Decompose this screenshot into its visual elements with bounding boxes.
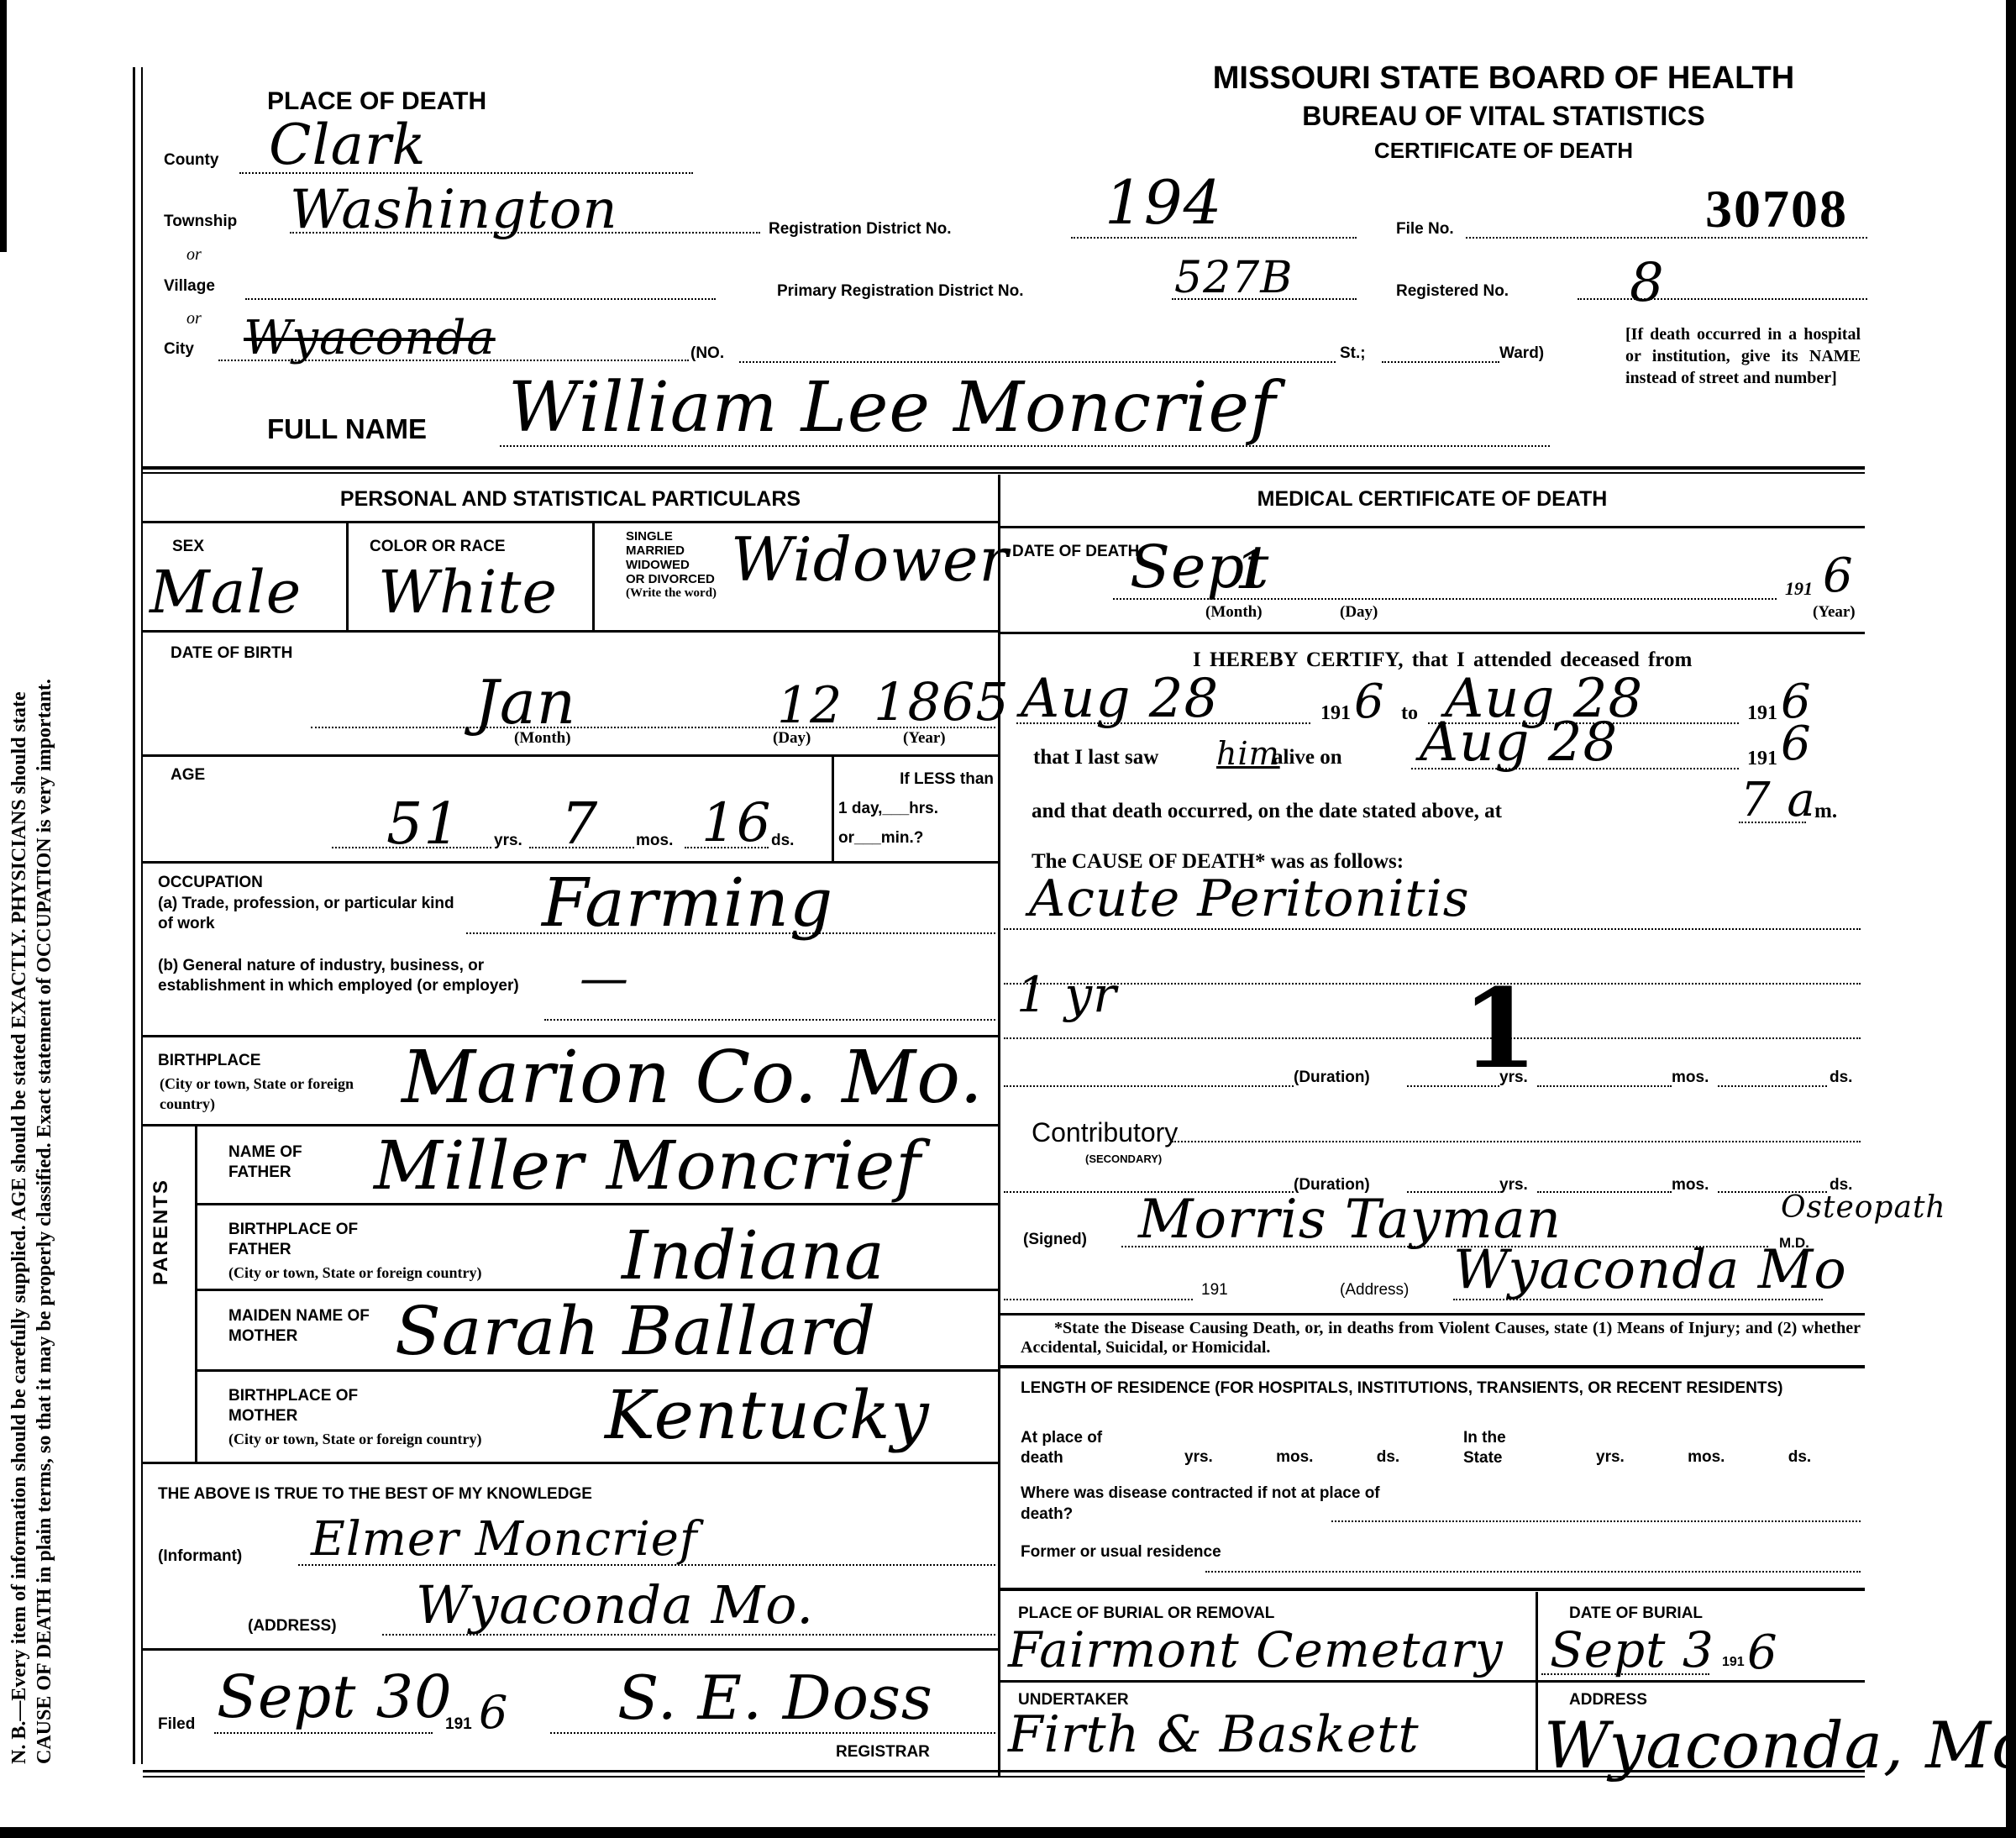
ward-label: Ward) [1499,344,1544,363]
burial-place-label: PLACE OF BURIAL OR REMOVAL [1018,1604,1274,1623]
cause-line-2-value: 1 yr [1016,970,1117,1019]
age-less-than: If LESS than 1 day,___hrs. or___min.? [838,764,994,853]
mother-birthplace-sub: (City or town, State or foreign country) [228,1431,481,1448]
birthplace-label: BIRTHPLACE [158,1052,260,1070]
duration-primary-months: mos. [1672,1069,1709,1087]
county-value: Clark [269,118,427,173]
attended-from-year-prefix: 191 [1320,702,1351,725]
personal-heading-rule [143,521,998,523]
township-label: Township [164,213,237,231]
registered-no-value: 8 [1630,256,1665,310]
father-name-label: NAME OF FATHER [228,1142,354,1183]
undertaker-value: Firth & Baskett [1008,1709,1420,1760]
duration-primary-line [1004,1085,1294,1087]
last-saw-year-prefix: 191 [1747,748,1777,770]
margin-note-line-1: N. B.—Every item of information should b… [7,84,32,1764]
burial-date-label: DATE OF BURIAL [1569,1604,1703,1623]
attended-from-value: Aug 28 [1021,672,1219,726]
contributory-line [1172,1141,1861,1142]
registration-district-label: Registration District No. [769,220,951,239]
age-less-divider [832,756,834,861]
primary-district-value: 527B [1174,256,1293,300]
certificate-title: CERTIFICATE OF DEATH [1126,138,1882,164]
registration-district-value: 194 [1105,172,1222,233]
filed-date-value: Sept 30 [217,1667,453,1726]
informant-address-label: (ADDRESS) [248,1617,337,1636]
or-label-2: or [186,309,202,328]
date-of-death-label: DATE OF DEATH [1012,543,1139,561]
former-residence-line [1205,1571,1861,1573]
cause-footnote: *State the Disease Causing Death, or, in… [1021,1319,1861,1357]
footnote-rule [1000,1365,1865,1368]
residence-heading: LENGTH OF RESIDENCE (FOR HOSPITALS, INST… [1021,1378,1861,1399]
mother-maiden-value: Sarah Ballard [395,1298,876,1365]
mother-maiden-rule [197,1369,998,1372]
parents-divider [195,1126,197,1462]
sex-value: Male [150,563,302,622]
race-value: White [378,563,558,622]
death-day-caption: (Day) [1340,603,1378,622]
signed-label: (Signed) [1023,1231,1087,1249]
medical-heading: MEDICAL CERTIFICATE OF DEATH [1000,487,1865,512]
mother-birthplace-value: Kentucky [605,1382,930,1449]
medical-heading-rule [1000,526,1865,528]
duration-secondary-months: mos. [1672,1176,1709,1195]
duration-primary-value: 1 [1462,974,1538,1084]
filed-date-line [214,1732,433,1734]
less-than-line-2: 1 day,___hrs. [838,794,994,823]
street-no-label: (NO. [690,344,724,363]
last-saw-date: Aug 28 [1420,716,1618,769]
filed-year-suffix: 6 [479,1690,508,1736]
less-than-line-3: or___min.? [838,823,994,853]
former-residence-label: Former or usual residence [1021,1541,1231,1562]
marital-value: Widower [731,529,1009,590]
filed-label: Filed [158,1715,195,1734]
sex-race-divider [346,523,349,630]
registered-no-line [1578,298,1867,300]
dob-month-caption: (Month) [514,729,571,748]
marital-option-single: SINGLE [626,529,717,544]
physician-address-label: (Address) [1340,1281,1409,1300]
header-divider [143,466,1865,470]
header-divider-2 [143,472,1865,474]
marital-option-widowed: WIDOWED [626,558,717,572]
duration-primary-months-line [1537,1085,1672,1087]
occupation-b-value: — [580,953,629,1002]
ward-line [1382,361,1499,363]
frame-bottom-strip [0,1827,2016,1838]
occupation-a-value: Farming [542,869,833,937]
father-birthplace-sub: (City or town, State or foreign country) [228,1264,481,1282]
father-name-rule [197,1203,998,1205]
full-name-value: William Lee Moncrief [508,374,1276,443]
marital-status-labels: SINGLE MARRIED WIDOWED OR DIVORCED (Writ… [626,529,717,601]
frame-left-inner [141,67,143,1764]
informant-row-rule [143,1648,998,1651]
filed-year-prefix: 191 [445,1715,472,1734]
parents-label: PARENTS [150,1179,173,1285]
or-label-1: or [186,245,202,265]
column-divider [998,475,1000,1777]
physician-address-value: Wyaconda Mo [1453,1243,1847,1297]
age-years: 51 [386,796,461,853]
mother-birthplace-label: BIRTHPLACE OF MOTHER [228,1386,380,1426]
frame-left-edge-strip [0,0,7,252]
cause-line-1 [1004,928,1861,930]
street-label: St.; [1340,344,1366,363]
duration-primary-days-line [1718,1085,1827,1087]
occupation-heading: OCCUPATION [158,874,263,892]
race-marital-divider [592,523,595,630]
secondary-label: (SECONDARY) [1085,1153,1162,1165]
in-state-label: In the State [1463,1428,1539,1468]
age-months: 7 [561,796,598,853]
dob-day-caption: (Day) [773,729,811,748]
frame-right-strip [2006,0,2016,1838]
duration-primary-years-line [1407,1085,1499,1087]
personal-heading: PERSONAL AND STATISTICAL PARTICULARS [143,487,998,512]
dob-month: Jan [475,672,576,733]
death-year-suffix: 6 [1823,553,1854,600]
signed-date-line [1004,1299,1193,1300]
hospital-note: [If death occurred in a hospital or inst… [1625,323,1861,389]
signed-row-rule [1000,1313,1865,1315]
in-state-units: yrs. mos. ds. [1537,1448,1811,1467]
occupation-a-label: (a) Trade, profession, or particular kin… [158,894,469,934]
informant-value: Elmer Moncrief [311,1516,698,1563]
sex-label: SEX [172,538,204,556]
in-state-mos: mos. [1688,1448,1725,1466]
father-birthplace-label: BIRTHPLACE OF FATHER [228,1220,380,1260]
father-birthplace-rule [197,1289,998,1291]
signed-date-prefix: 191 [1201,1281,1228,1300]
at-place-units: yrs. mos. ds. [1126,1448,1399,1467]
burial-place-value: Fairmont Cemetary [1008,1625,1504,1674]
frame-left-outer [133,67,135,1764]
file-no-value: 30708 [1705,178,1848,240]
residence-row-rule [1000,1588,1865,1591]
birthplace-value: Marion Co. Mo. [402,1042,984,1114]
dob-label: DATE OF BIRTH [171,644,292,663]
marital-option-married: MARRIED [626,544,717,558]
primary-district-label: Primary Registration District No. [777,282,1024,301]
to-label: to [1401,702,1418,725]
age-days-unit: ds. [771,832,794,850]
death-year-prefix: 191 [1785,578,1813,600]
md-note: Osteopath [1781,1193,1946,1223]
county-label: County [164,151,218,170]
mother-birthplace-rule [143,1462,998,1464]
cause-line-3 [1004,1037,1861,1039]
death-month-caption: (Month) [1205,603,1263,622]
city-label: City [164,340,194,359]
at-place-yrs: yrs. [1184,1448,1213,1466]
in-state-ds: ds. [1788,1448,1811,1466]
dob-day: 12 [777,680,843,731]
death-time-text: and that death occurred, on the date sta… [1032,800,1502,823]
father-birthplace-value: Indiana [622,1222,885,1289]
dob-row-rule [143,754,998,757]
at-place-mos: mos. [1276,1448,1313,1466]
death-date-rule [1000,632,1865,634]
bureau-title: BUREAU OF VITAL STATISTICS [1126,101,1882,132]
burial-date-value: Sept 3 [1550,1625,1714,1674]
duration-primary-label: (Duration) [1294,1069,1370,1087]
dob-year-caption: (Year) [903,729,946,748]
death-time-value: 7 a [1740,777,1816,824]
at-place-label: At place of death [1021,1428,1126,1468]
father-name-value: Miller Moncrief [374,1132,921,1200]
city-value-struck: Wyaconda [244,315,496,362]
registered-no-label: Registered No. [1396,282,1509,301]
undertaker-address-value: Wyaconda, Mo [1544,1714,2016,1778]
death-time-suffix: m. [1814,800,1837,823]
contracted-label: Where was disease contracted if not at p… [1021,1483,1382,1525]
duration-primary-days: ds. [1830,1069,1852,1087]
occupation-b-label: (b) General nature of industry, business… [158,956,544,996]
mother-maiden-label: MAIDEN NAME OF MOTHER [228,1306,380,1347]
last-saw-year: 6 [1781,721,1812,768]
at-place-ds: ds. [1377,1448,1399,1466]
full-name-label: FULL NAME [267,413,427,445]
in-state-yrs: yrs. [1596,1448,1625,1466]
cause-line-2 [1004,983,1861,985]
burial-year-suffix: 6 [1747,1630,1778,1677]
burial-year-prefix: 191 [1722,1655,1745,1670]
dob-year: 1865 [874,676,1010,728]
cause-value: Acute Peritonitis [1029,874,1469,924]
less-than-line-1: If LESS than [838,764,994,794]
last-saw-pronoun: him [1216,738,1280,769]
age-months-unit: mos. [636,832,673,850]
street-line [739,361,1336,363]
place-of-death-heading: PLACE OF DEATH [267,87,486,116]
board-title: MISSOURI STATE BOARD OF HEALTH [1126,60,1882,97]
contracted-line [1331,1520,1861,1522]
attended-to-year-prefix: 191 [1747,702,1777,725]
duration-primary-years: yrs. [1499,1069,1528,1087]
contributory-label: Contributory [1032,1117,1178,1148]
margin-note-line-2: CAUSE OF DEATH in plain terms, so that i… [32,84,57,1764]
age-years-unit: yrs. [494,832,522,850]
death-year-caption: (Year) [1813,603,1856,622]
death-day: 1 [1235,544,1268,596]
race-label: COLOR OR RACE [370,538,506,556]
marital-option-divorced: OR DIVORCED [626,572,717,586]
alive-on-text: alive on [1273,746,1342,769]
attended-from-year: 6 [1354,679,1385,726]
knowledge-statement: THE ABOVE IS TRUE TO THE BEST OF MY KNOW… [158,1485,592,1504]
last-saw-text: that I last saw [1033,746,1158,769]
margin-instructions: N. B.—Every item of information should b… [7,84,57,1764]
occupation-b-line [544,1019,995,1021]
village-label: Village [164,277,215,296]
village-line [245,298,716,300]
burial-row-rule [1000,1680,1865,1683]
township-value: Washington [290,183,618,237]
registrar-value: S. E. Doss [617,1667,933,1728]
informant-label: (Informant) [158,1547,242,1566]
birthplace-sub: (City or town, State or foreign country) [160,1074,395,1114]
undertaker-address-label: ADDRESS [1569,1691,1647,1709]
marital-instruction: (Write the word) [626,586,717,601]
informant-address-value: Wyaconda Mo. [416,1579,814,1631]
age-days: 16 [701,796,771,850]
registrar-label: REGISTRAR [836,1743,930,1762]
sex-row-rule [143,630,998,633]
file-no-label: File No. [1396,220,1454,239]
age-label: AGE [171,766,205,785]
